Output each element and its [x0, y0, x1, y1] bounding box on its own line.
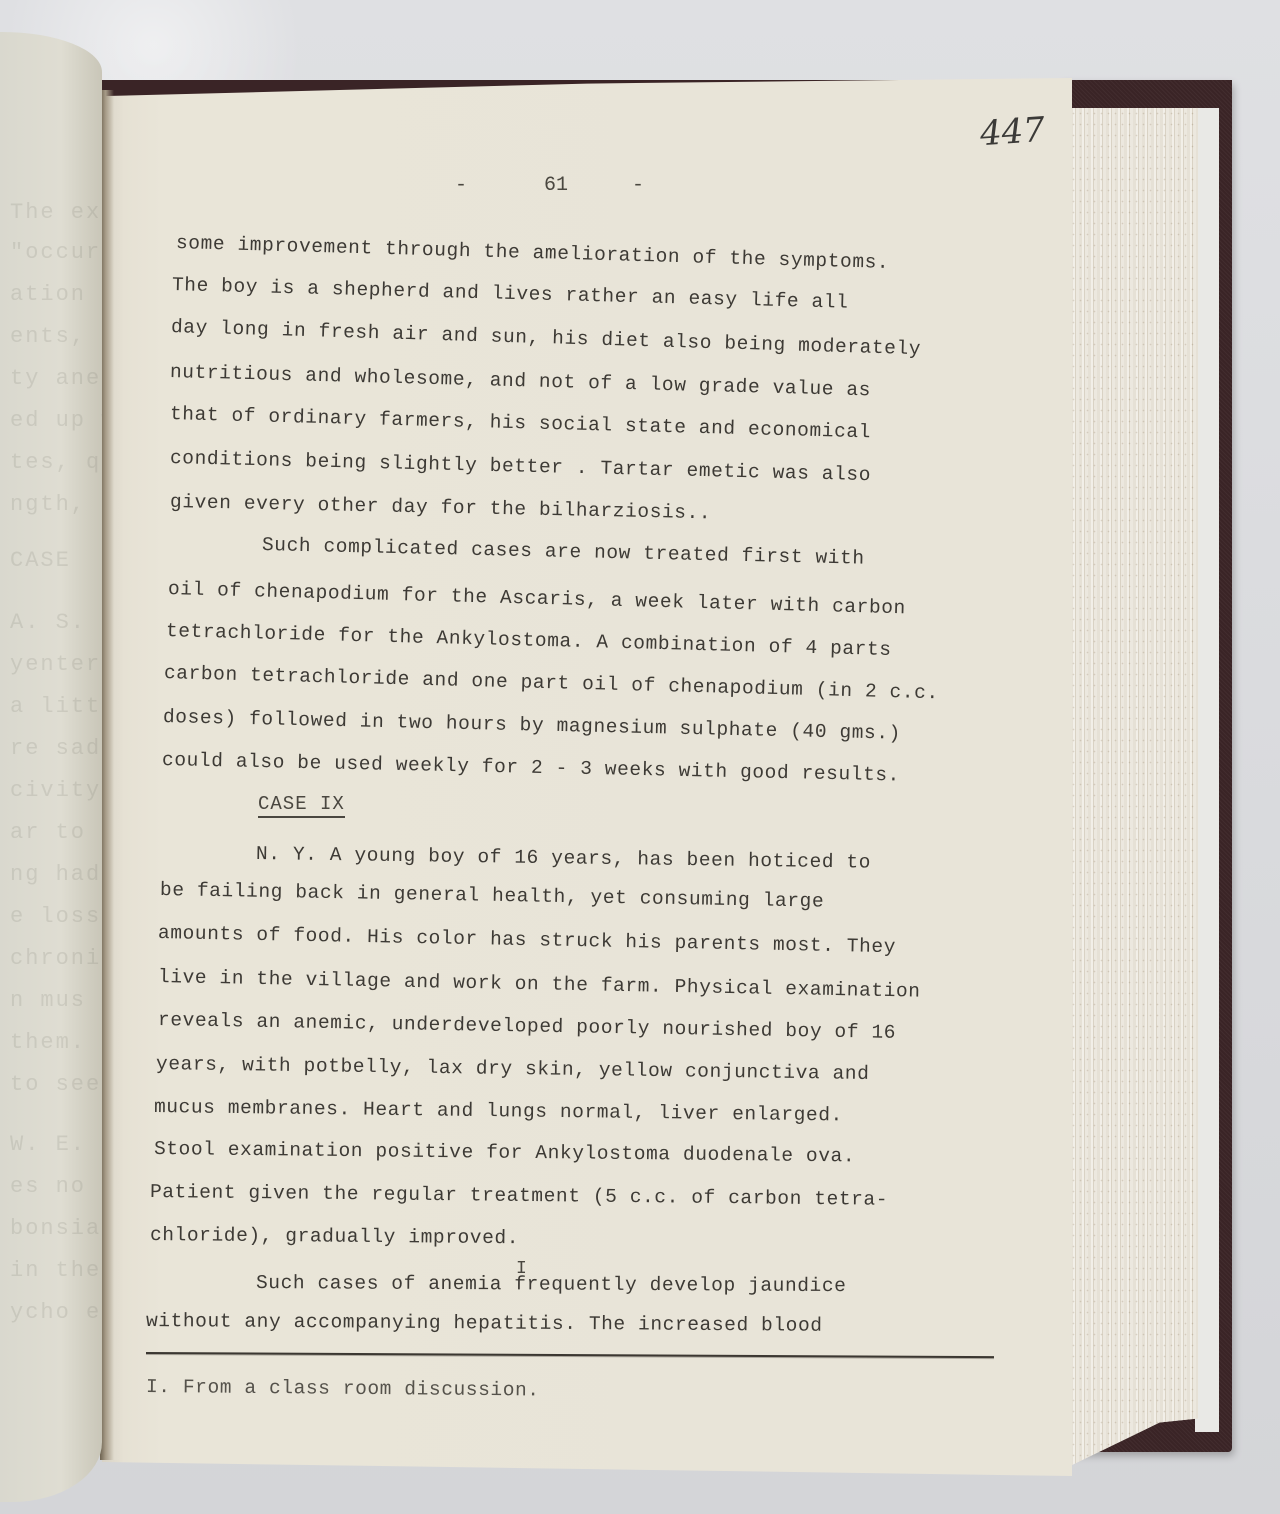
body-line: Such cases of anemia frequently develop … — [256, 1272, 847, 1297]
bleed-text: chronic — [10, 946, 102, 971]
case-line: chloride), gradually improved. — [150, 1224, 519, 1249]
bleed-text: ed up won — [10, 408, 102, 433]
bleed-text: ycho e — [10, 1300, 101, 1325]
bleed-text: ngth, no — [10, 492, 102, 517]
page-number: 61 — [544, 174, 568, 197]
bleed-text: in the — [10, 1258, 101, 1283]
page-stack-fore-edge — [1070, 108, 1198, 1466]
bleed-text: a little — [10, 694, 102, 719]
bleed-text: es no — [10, 1174, 86, 1199]
bleed-text: ng had t — [10, 862, 102, 887]
endpaper — [1195, 108, 1219, 1432]
bleed-text: e loss — [10, 904, 101, 929]
gutter-shadow — [100, 90, 114, 1460]
bleed-text: W. E. — [10, 1132, 86, 1157]
bleed-text: to see — [10, 1072, 101, 1097]
bleed-text: civity — [10, 778, 101, 803]
left-curled-page: The ex "occurrin ation to ents, the ty a… — [0, 32, 102, 1502]
bleed-text: re sad — [10, 736, 101, 761]
bleed-text: ation to — [10, 282, 102, 307]
bleed-text: ar to se — [10, 820, 102, 845]
bleed-text: them. — [10, 1030, 86, 1055]
bleed-text: tes, qui — [10, 450, 102, 475]
page-number-dash-right: - — [632, 174, 644, 197]
handwritten-folio-number: 447 — [979, 110, 1047, 154]
bleed-text: CASE — [10, 548, 71, 573]
bleed-text: "occurrin — [10, 240, 102, 265]
case-heading: CASE IX — [258, 793, 345, 818]
body-line: without any accompanying hepatitis. The … — [146, 1310, 823, 1337]
bleed-text: bonsia — [10, 1216, 101, 1241]
bleed-text: ents, the — [10, 324, 102, 349]
footnote-text: I. From a class room discussion. — [146, 1376, 540, 1401]
bleed-text: The ex — [10, 200, 101, 225]
page-number-dash-left: - — [455, 174, 467, 197]
bleed-text: yentero — [10, 652, 102, 677]
bleed-text: A. S. — [10, 610, 86, 635]
bleed-text: n mus co — [10, 988, 102, 1013]
bleed-text: ty anem — [10, 366, 102, 391]
